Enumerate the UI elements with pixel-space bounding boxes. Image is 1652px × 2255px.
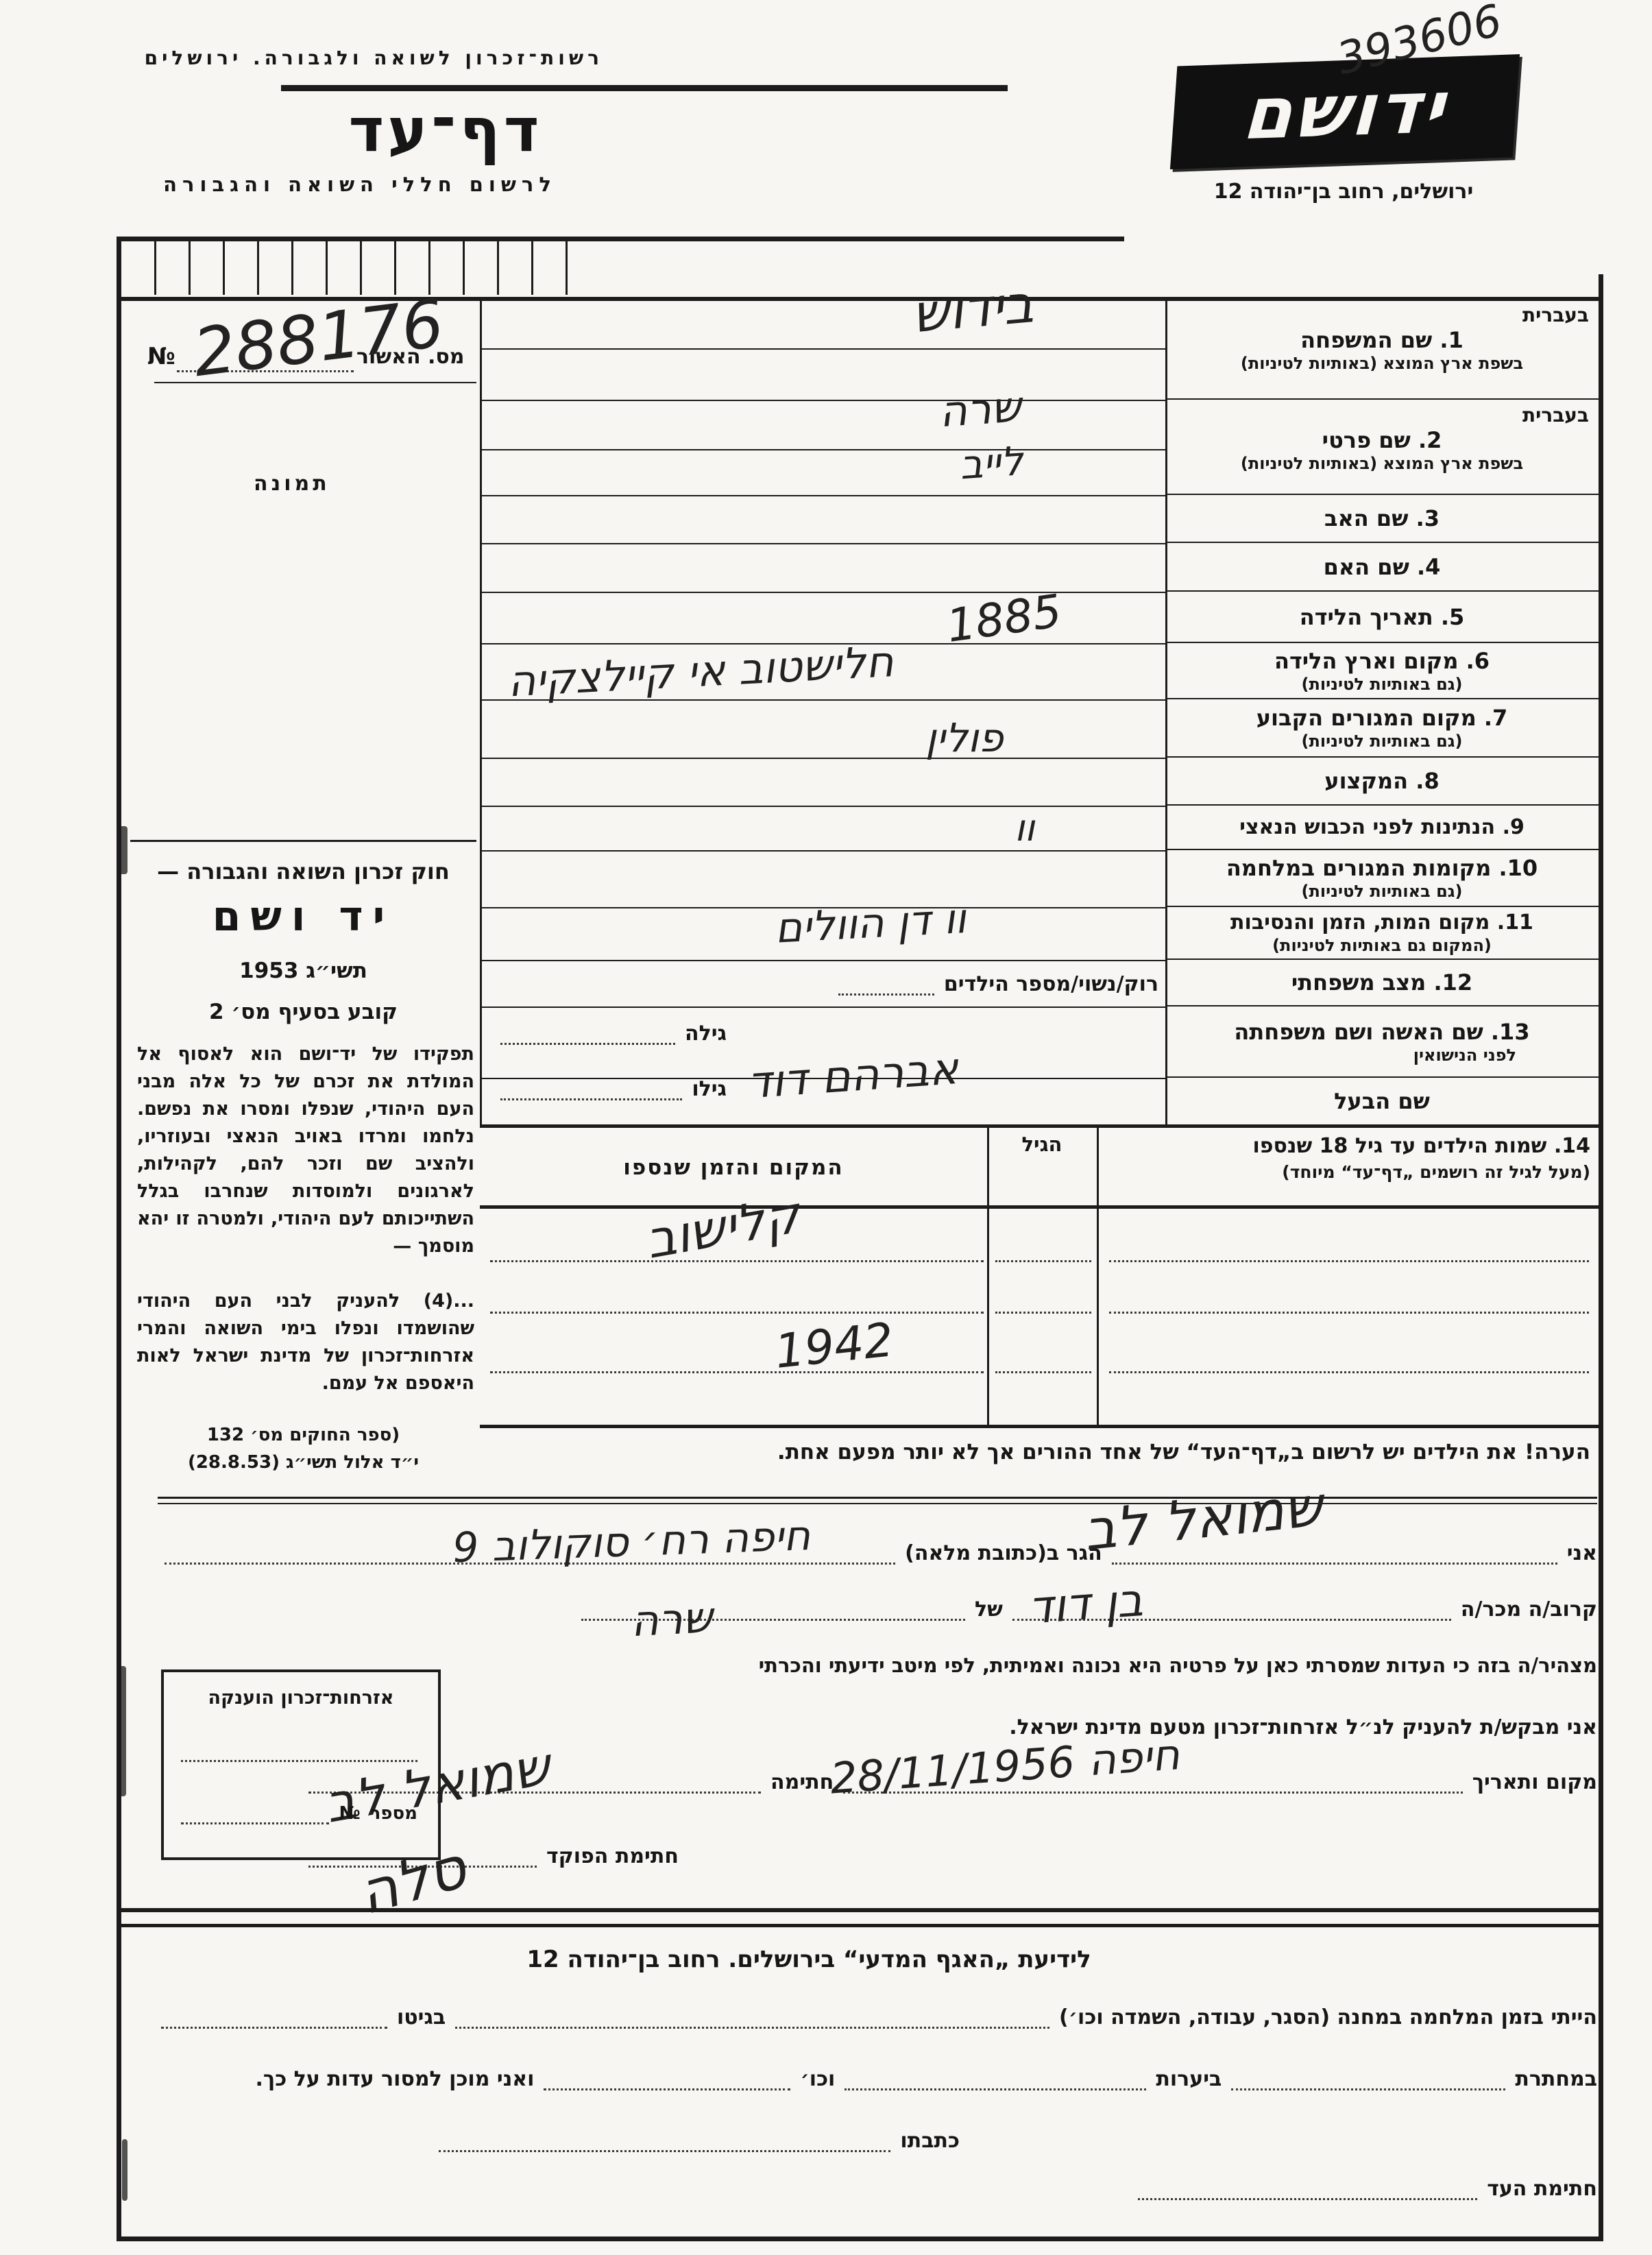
underground-label: במחתרת — [1515, 2067, 1597, 2092]
etc-label: וכו׳ — [800, 2067, 835, 2092]
children-age-header: הגיל — [991, 1133, 1093, 1156]
stamp-box-number-line: מספר № — [181, 1801, 417, 1826]
witness-address-line: כתבתו — [439, 2129, 960, 2154]
logo-address: ירושלים, רחוב בן־יהודה 12 — [1165, 180, 1522, 204]
scan-smudge — [118, 826, 127, 874]
address-label: הגר ב(כתובת מלאה) — [905, 1541, 1102, 1566]
children-place-header: המקום והזמן שנספו — [487, 1155, 980, 1180]
entry-relation: בן דוד — [1027, 1573, 1145, 1634]
children-note: הערה! את הילדים יש לרשום ב„דף־העד“ של אח… — [206, 1440, 1590, 1464]
entry-husband-name: אברהם דוד — [746, 1044, 960, 1109]
org-title: רשות־זכרון לשואה ולגבורה. ירושלים — [123, 47, 603, 69]
law-paragraph: תפקידו של יד־ושם הוא לאסוף אל המולדת את … — [137, 1041, 474, 1260]
field-row-permanent-residence: 7. מקום המגורים הקבוע (גם באותיות לטיניו… — [1165, 699, 1599, 758]
field-label: שם המשפחה — [1300, 327, 1432, 353]
entry-family-name: בידוש — [910, 273, 1036, 344]
field-row-father-name: 3. שם האב — [1165, 495, 1599, 543]
citizenship-stamp-box: אזרחות־זכרון הוענקה מספר № — [161, 1669, 441, 1860]
entry-relation-of: שרה — [629, 1592, 714, 1646]
entry-first-name: שרה — [938, 381, 1023, 437]
field-hebrew-label: בעברית — [1165, 300, 1599, 326]
relative-label: קרוב/ה מכר/ה — [1461, 1597, 1597, 1622]
stamp-number-symbol: № — [339, 1801, 360, 1826]
rule — [120, 1908, 1602, 1912]
header-rule — [281, 85, 1008, 91]
field-row-first-name: בעברית 2. שם פרטי בשפת ארץ המוצא (באותיו… — [1165, 400, 1599, 495]
form-subtitle: לרשום חללי השואה והגבורה — [141, 173, 579, 196]
stamp-box-blank — [181, 1760, 417, 1762]
rule — [117, 237, 1124, 241]
entry-father-name: לייב — [958, 437, 1025, 488]
forests-label: ביערות — [1156, 2067, 1222, 2092]
law-section: קובע בסעיף מס׳ 2 — [134, 1000, 473, 1024]
testimony-page-scan: רשות־זכרון לשואה ולגבורה. ירושלים דף־עד … — [0, 0, 1652, 2255]
field-number: 1. — [1440, 327, 1463, 353]
witness-signature-label: חתימת העד — [1487, 2177, 1597, 2202]
approval-number-symbol: № — [147, 343, 175, 370]
entry-residence: פולין — [925, 714, 1004, 761]
law-name: יד ושם — [134, 893, 473, 941]
field-row-birth-date: 5. תאריך הלידה — [1165, 592, 1599, 643]
i-label: אני — [1567, 1541, 1597, 1566]
war-experience-line-1: הייתי בזמן המלחמה במחנה (הסגר, עבודה, הש… — [161, 2005, 1597, 2030]
declarant-line: אני הגר ב(כתובת מלאה) — [165, 1541, 1597, 1566]
rule — [987, 1124, 989, 1425]
field-row-profession: 8. המקצוע — [1165, 758, 1599, 806]
place-date-label: מקום ותאריך — [1472, 1770, 1597, 1795]
form-title: דף־עד — [329, 95, 562, 165]
rule — [158, 1503, 1597, 1504]
war-experience-line-2: במחתרת ביערות וכו׳ ואני מוכן למסור עדות … — [161, 2067, 1597, 2092]
children-names-header: 14. שמות הילדים עד גיל 18 שנספו (מעל לגי… — [1107, 1133, 1590, 1183]
rule — [117, 237, 121, 2241]
wife-age-label: גילה — [500, 1022, 727, 1046]
rule — [1599, 274, 1603, 2239]
field-sublabel: בשפת ארץ המוצא (באותיות לטיניות) — [1165, 354, 1599, 374]
rule — [117, 2236, 1603, 2241]
camp-label: הייתי בזמן המלחמה במחנה (הסגר, עבודה, הש… — [1059, 2005, 1597, 2030]
entry-birth-place: חלישטוב אי קיילצקיה — [507, 636, 895, 706]
law-title: חוק זכרון השואה והגבורה — — [134, 858, 473, 884]
rule — [480, 1425, 1603, 1428]
law-year: תשי״ג 1953 — [134, 958, 473, 983]
scientific-branch-title: לידיעת „האגף המדעי“ בירושלים. רחוב בן־יה… — [274, 1946, 1344, 1973]
scan-smudge — [119, 1666, 126, 1796]
stamp-box-title: אזרחות־זכרון הוענקה — [164, 1687, 438, 1709]
clerk-label: חתימת הפוקד — [546, 1844, 679, 1869]
field-row-death-place: 11. מקום המות, הזמן והנסיבות (המקום גם ב… — [1165, 907, 1599, 960]
rule — [158, 1497, 1597, 1499]
stamp-number-label: מספר — [370, 1801, 417, 1826]
field-row-mother-name: 4. שם האם — [1165, 543, 1599, 592]
signature-label: חתימה — [770, 1770, 834, 1795]
rule — [480, 1205, 1603, 1209]
field-row-wife-name: 13. שם האשה ושם משפחתה לפני הנישואין — [1165, 1006, 1599, 1078]
rule — [480, 297, 482, 1124]
witness-address-label: כתבתו — [900, 2129, 960, 2154]
field-row-marital-status: 12. מצב משפחתי — [1165, 960, 1599, 1006]
field-hebrew-label: בעברית — [1165, 400, 1599, 426]
testify-label: ואני מוכן למסור עדות על כך. — [256, 2067, 535, 2092]
witness-signature-line: חתימת העד — [1138, 2177, 1597, 2202]
field-row-husband-name: שם הבעל — [1165, 1078, 1599, 1124]
field-row-citizenship: 9. הנתינות לפני הכבוש הנאצי — [1165, 806, 1599, 850]
husband-age-label: גילו — [500, 1077, 727, 1102]
marital-status-mid-label: רוק/נשוי/מספר הילדים — [699, 972, 1158, 997]
children-names-header-sub: (מעל לגיל זה רושמים „דף־עד“ מיוחד) — [1107, 1161, 1590, 1184]
field-label: שם פרטי — [1322, 427, 1411, 453]
entry-child-year: 1942 — [773, 1313, 896, 1379]
field-row-family-name: בעברית 1. שם המשפחה בשפת ארץ המוצא (באות… — [1165, 300, 1599, 400]
of-label: של — [975, 1597, 1003, 1622]
ghetto-label: בגיטו — [397, 2005, 446, 2030]
entry-citizenship: וו — [1015, 806, 1034, 849]
rule — [120, 1924, 1602, 1927]
scan-smudge — [122, 2139, 127, 2201]
field-sublabel: בשפת ארץ המוצא (באותיות לטיניות) — [1165, 454, 1599, 474]
field-row-wartime-residences: 10. מקומות המגורים במלחמה (גם באותיות לט… — [1165, 850, 1599, 907]
rule — [1097, 1124, 1099, 1425]
entry-child-place: קלישוב — [642, 1185, 805, 1270]
statement-line: מצהיר/ה בזה כי העדות שמסרתי כאן על פרטיה… — [535, 1654, 1597, 1677]
relative-line: קרוב/ה מכר/ה של — [165, 1597, 1597, 1622]
entry-death-place: וו דן הוולים — [774, 895, 967, 953]
rule — [130, 840, 476, 842]
photo-label: תמונה — [254, 472, 330, 496]
field-number: 2. — [1418, 427, 1442, 453]
field-row-birth-place: 6. מקום וארץ הלידה (גם באותיות לטיניות) — [1165, 643, 1599, 699]
law-paragraph-2: ...(4) להעניק לבני העם היהודי שהושמדו ונ… — [137, 1288, 474, 1397]
rule — [480, 1124, 1603, 1128]
